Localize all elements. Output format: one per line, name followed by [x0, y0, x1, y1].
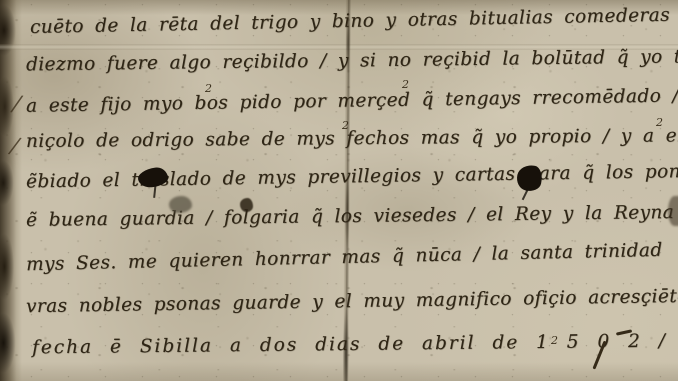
abbreviation-mark: 2 — [551, 334, 558, 347]
manuscript-line: diezmo fuere algo reçibildo / y si no re… — [26, 46, 678, 76]
manuscript-line: cuēto de la rēta del trigo y bino y otra… — [30, 3, 678, 38]
manuscript-line: niçolo de odrigo sabe de mys fechos mas … — [26, 125, 678, 152]
ink-blot — [240, 198, 253, 212]
manuscript-photo: cuēto de la rēta del trigo y bino y otra… — [0, 0, 678, 381]
abbreviation-mark: 2 — [402, 78, 409, 91]
manuscript-line: ẽ buena guardia / folgaria q̃ los viesed… — [26, 202, 674, 231]
abbreviation-mark: 2 — [205, 82, 212, 95]
manuscript-line: vras nobles psonas guarde y el muy magni… — [26, 286, 678, 317]
abbreviation-mark: 2 — [342, 119, 349, 132]
edge-stain — [668, 196, 678, 226]
abbreviation-mark: 2 — [656, 116, 663, 129]
manuscript-line: a este fijo myo bos pido por merçed q̃ t… — [26, 84, 678, 116]
manuscript-line: fecha ē Sibilla a dos dias de abril de 1… — [32, 331, 667, 359]
manuscript-line: ẽbiado el traslado de mys previllegios y… — [26, 161, 678, 193]
handwritten-text: cuēto de la rēta del trigo y bino y otra… — [0, 0, 678, 381]
manuscript-line: mys Ses. me quieren honrrar mas q̃ nūca … — [26, 240, 663, 275]
